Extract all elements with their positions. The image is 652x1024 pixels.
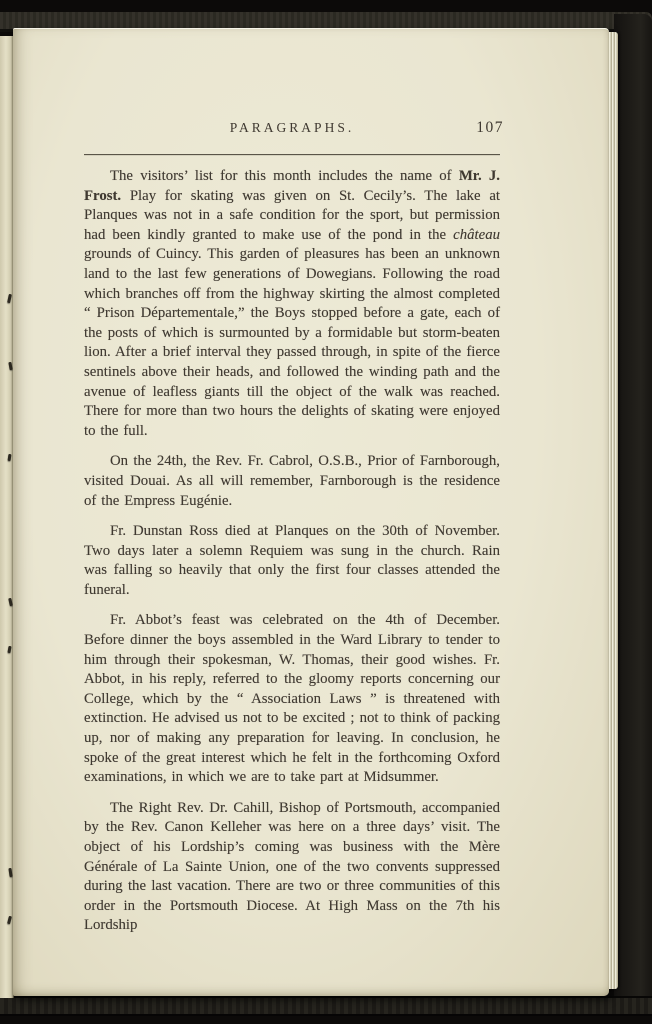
text-run: On the 24th, the Rev. Fr. Cabrol, O.S.B.…	[84, 453, 500, 508]
binding-thread-mark	[7, 646, 11, 653]
text-run: The Right Rev. Dr. Cahill, Bishop of Por…	[84, 800, 500, 934]
page-stack-edges	[609, 32, 618, 989]
page-text: The visitors’ list for this month includ…	[84, 167, 500, 936]
running-title: PARAGRAPHS.	[84, 120, 500, 136]
binding-thread-mark	[7, 294, 12, 303]
binding-thread-mark	[8, 454, 12, 461]
paragraph: The visitors’ list for this month includ…	[84, 167, 500, 441]
text-run: Fr. Dunstan Ross died at Planques on the…	[84, 523, 500, 598]
paragraph: Fr. Abbot’s feast was celebrated on the …	[84, 611, 500, 787]
book-page: PARAGRAPHS. 107 The visitors’ list for t…	[13, 28, 609, 996]
binding-thread-mark	[7, 916, 12, 924]
facing-page-edge	[0, 36, 14, 998]
book-photograph: PARAGRAPHS. 107 The visitors’ list for t…	[0, 0, 652, 1024]
text-run: The visitors’ list for this month includ…	[110, 168, 459, 184]
book-cover-right-edge	[614, 14, 652, 1014]
paragraph: On the 24th, the Rev. Fr. Cabrol, O.S.B.…	[84, 452, 500, 511]
text-run: Fr. Abbot’s feast was celebrated on the …	[84, 612, 500, 785]
paragraph: The Right Rev. Dr. Cahill, Bishop of Por…	[84, 799, 500, 936]
printed-text-area: PARAGRAPHS. 107 The visitors’ list for t…	[84, 120, 500, 936]
book-cover-bottom-edge	[0, 996, 652, 1016]
page-header: PARAGRAPHS. 107	[84, 120, 500, 142]
text-run: château	[453, 227, 500, 243]
header-rule	[84, 154, 500, 155]
paragraph: Fr. Dunstan Ross died at Planques on the…	[84, 522, 500, 600]
page-number: 107	[476, 119, 504, 137]
text-run: Play for skating was given on St. Cecily…	[84, 188, 500, 243]
binding-thread-mark	[8, 868, 12, 877]
text-run: grounds of Cuincy. This garden of pleasu…	[84, 246, 500, 438]
